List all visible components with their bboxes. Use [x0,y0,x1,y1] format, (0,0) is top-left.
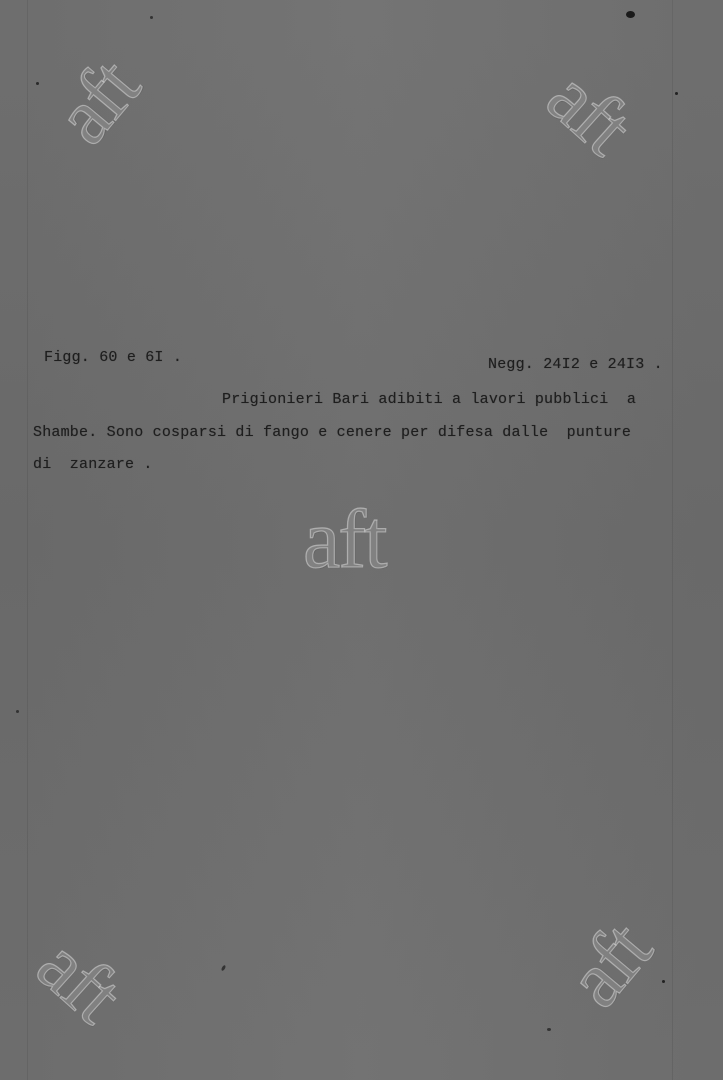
ink-speck [221,965,227,972]
caption-line: Prigionieri Bari adibiti a lavori pubbli… [222,392,636,407]
ink-speck [626,11,635,18]
ink-speck [662,980,665,983]
ink-speck [36,82,39,85]
caption-line: di zanzare . [33,457,153,472]
watermark-top-right: aft [533,56,645,168]
caption-line: Shambe. Sono cosparsi di fango e cenere … [33,425,631,440]
ink-speck [675,92,678,95]
figure-reference: Figg. 60 e 6I . [44,350,182,365]
watermark-top-left: aft [41,46,153,157]
watermark-center: aft [303,498,386,582]
negative-reference: Negg. 24I2 e 24I3 . [488,357,663,372]
ink-speck [150,16,153,19]
left-margin-rule [27,0,28,1080]
ink-speck [547,1028,551,1031]
ink-speck [16,710,19,713]
watermark-bottom-left: aft [23,924,135,1036]
watermark-bottom-right: aft [553,909,665,1020]
right-margin-rule [672,0,673,1080]
